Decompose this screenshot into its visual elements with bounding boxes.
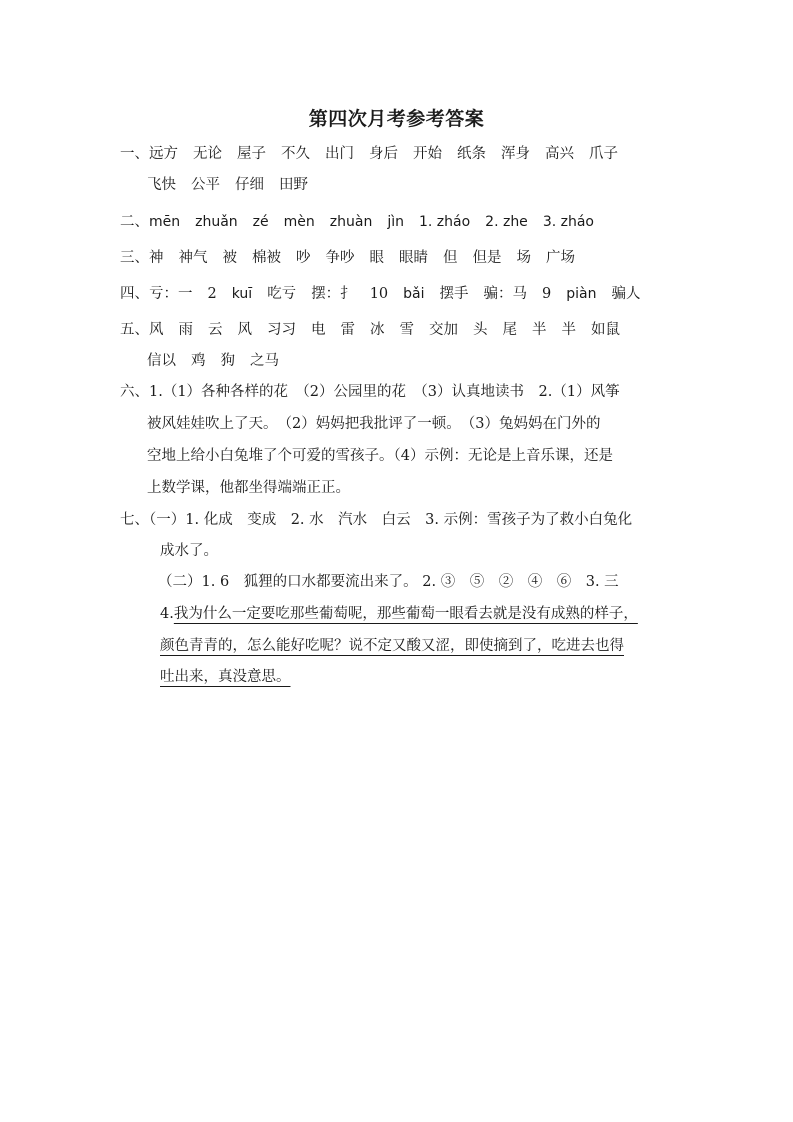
section-7-q4-line-1: 4.我为什么一定要吃那些葡萄呢，那些葡萄一眼看去就是没有成熟的样子， xyxy=(160,604,638,624)
document-title: 第四次月考参考答案 xyxy=(0,104,793,131)
answer-item: 习习 xyxy=(267,322,296,338)
pinyin-item: 3. zháo xyxy=(543,214,594,230)
section-1-line-1: 一、远方无论屋子不久出门身后开始纸条浑身高兴爪子 xyxy=(120,144,633,164)
answer-item: 摆手 xyxy=(440,286,469,302)
paragraph-text: （一）1. 化成 变成 2. 水 汽水 白云 3. 示例：雪孩子为了救小白兔化 xyxy=(149,512,632,528)
section-5-line-2: 信以鸡狗之马 xyxy=(147,351,294,371)
answer-item: 骗：马 xyxy=(484,286,528,302)
question-number: 4. xyxy=(160,606,174,622)
answer-item: 出门 xyxy=(325,146,354,162)
answer-item: 公平 xyxy=(191,177,220,193)
pinyin-item: zé xyxy=(253,214,269,230)
answer-item: 眼 xyxy=(370,250,385,266)
paragraph-text: 1.（1）各种各样的花 （2）公园里的花 （3）认真地读书 2.（1）风筝 xyxy=(149,384,620,400)
answer-item: 飞快 xyxy=(147,177,176,193)
section-4-line: 四、亏：一2kuī吃亏摆：扌10bǎi摆手骗：马9piàn骗人 xyxy=(120,284,655,304)
answer-item: 电 xyxy=(311,322,326,338)
answer-item: 风 xyxy=(149,322,164,338)
answer-item: 眼睛 xyxy=(399,250,428,266)
section-label: 六、 xyxy=(120,384,149,400)
answer-item: 狗 xyxy=(221,353,236,369)
answer-item: 头 xyxy=(473,322,488,338)
answer-item: 神气 xyxy=(179,250,208,266)
pinyin-item: piàn xyxy=(566,286,596,302)
section-1-line-2: 飞快公平仔细田野 xyxy=(147,175,323,195)
section-7-q4-line-3: 吐出来，真没意思。 xyxy=(160,667,291,687)
answer-item: 纸条 xyxy=(457,146,486,162)
answer-item: 交加 xyxy=(429,322,458,338)
answer-item: 吃亏 xyxy=(267,286,296,302)
pinyin-item: zhuǎn xyxy=(195,214,238,230)
pinyin-item: 2. zhe xyxy=(485,214,528,230)
answer-item: 远方 xyxy=(149,146,178,162)
pinyin-item: mēn xyxy=(149,214,180,230)
section-7-q4-line-2: 颜色青青的，怎么能好吃呢？说不定又酸又涩，即使摘到了，吃进去也得 xyxy=(160,636,624,656)
answer-item: 9 xyxy=(542,286,551,302)
section-6-line-2: 被风娃娃吹上了天。 （2）妈妈把我批评了一顿。 （3）兔妈妈在门外的 xyxy=(147,414,600,434)
section-7-line-2: 成水了。 xyxy=(160,541,218,561)
answer-item: 云 xyxy=(208,322,223,338)
answer-item: 爪子 xyxy=(589,146,618,162)
answer-item: 亏：一 xyxy=(149,286,193,302)
section-6-line-3: 空地上给小白兔堆了个可爱的雪孩子。（4）示例：无论是上音乐课，还是 xyxy=(147,446,613,466)
underlined-answer: 我为什么一定要吃那些葡萄呢，那些葡萄一眼看去就是没有成熟的样子， xyxy=(174,606,638,622)
answer-item: 棉被 xyxy=(252,250,281,266)
answer-item: 屋子 xyxy=(237,146,266,162)
answer-item: 雨 xyxy=(179,322,194,338)
answer-item: 鸡 xyxy=(191,353,206,369)
section-2-line: 二、mēnzhuǎnzémènzhuànjìn1. zháo2. zhe3. z… xyxy=(120,212,609,232)
answer-item: 被 xyxy=(223,250,238,266)
answer-item: 田野 xyxy=(279,177,308,193)
answer-item: 场 xyxy=(517,250,532,266)
pinyin-item: jìn xyxy=(387,214,404,230)
answer-item: 雷 xyxy=(341,322,356,338)
answer-item: 吵 xyxy=(296,250,311,266)
pinyin-item: kuī xyxy=(232,286,252,302)
pinyin-item: bǎi xyxy=(403,286,424,302)
answer-item: 但是 xyxy=(473,250,502,266)
section-label: 四、 xyxy=(120,286,149,302)
section-3-line: 三、神神气被棉被吵争吵眼眼睛但但是场广场 xyxy=(120,248,590,268)
answer-item: 但 xyxy=(443,250,458,266)
section-6-line-1: 六、1.（1）各种各样的花 （2）公园里的花 （3）认真地读书 2.（1）风筝 xyxy=(120,382,620,402)
answer-item: 不久 xyxy=(281,146,310,162)
answer-item: 雪 xyxy=(400,322,415,338)
answer-item: 无论 xyxy=(193,146,222,162)
answer-item: 开始 xyxy=(413,146,442,162)
section-7-line-1: 七、（一）1. 化成 变成 2. 水 汽水 白云 3. 示例：雪孩子为了救小白兔… xyxy=(120,510,632,530)
answer-item: 身后 xyxy=(369,146,398,162)
answer-item: 如鼠 xyxy=(591,322,620,338)
answer-item: 尾 xyxy=(503,322,518,338)
section-label: 二、 xyxy=(120,214,149,230)
answer-item: 半 xyxy=(562,322,577,338)
answer-item: 之马 xyxy=(250,353,279,369)
answer-item: 摆：扌 xyxy=(311,286,355,302)
section-5-line-1: 五、风雨云风习习电雷冰雪交加头尾半半如鼠 xyxy=(120,320,635,340)
answer-item: 10 xyxy=(370,286,388,302)
section-label: 一、 xyxy=(120,146,149,162)
section-label: 三、 xyxy=(120,250,149,266)
answer-item: 冰 xyxy=(370,322,385,338)
answer-item: 广场 xyxy=(546,250,575,266)
answer-item: 半 xyxy=(532,322,547,338)
answer-item: 高兴 xyxy=(545,146,574,162)
pinyin-item: zhuàn xyxy=(330,214,373,230)
answer-item: 信以 xyxy=(147,353,176,369)
answer-item: 风 xyxy=(238,322,253,338)
pinyin-item: mèn xyxy=(284,214,315,230)
answer-item: 神 xyxy=(149,250,164,266)
pinyin-item: 1. zháo xyxy=(419,214,470,230)
section-7-part2-line: （二）1. 6 狐狸的口水都要流出来了。 2. ③ ⑤ ② ④ ⑥ 3. 三 xyxy=(158,572,619,592)
section-label: 七、 xyxy=(120,512,149,528)
section-6-line-4: 上数学课，他都坐得端端正正。 xyxy=(147,478,350,498)
answer-item: 浑身 xyxy=(501,146,530,162)
answer-item: 骗人 xyxy=(611,286,640,302)
answer-item: 争吵 xyxy=(326,250,355,266)
section-label: 五、 xyxy=(120,322,149,338)
answer-item: 仔细 xyxy=(235,177,264,193)
answer-item: 2 xyxy=(208,286,217,302)
